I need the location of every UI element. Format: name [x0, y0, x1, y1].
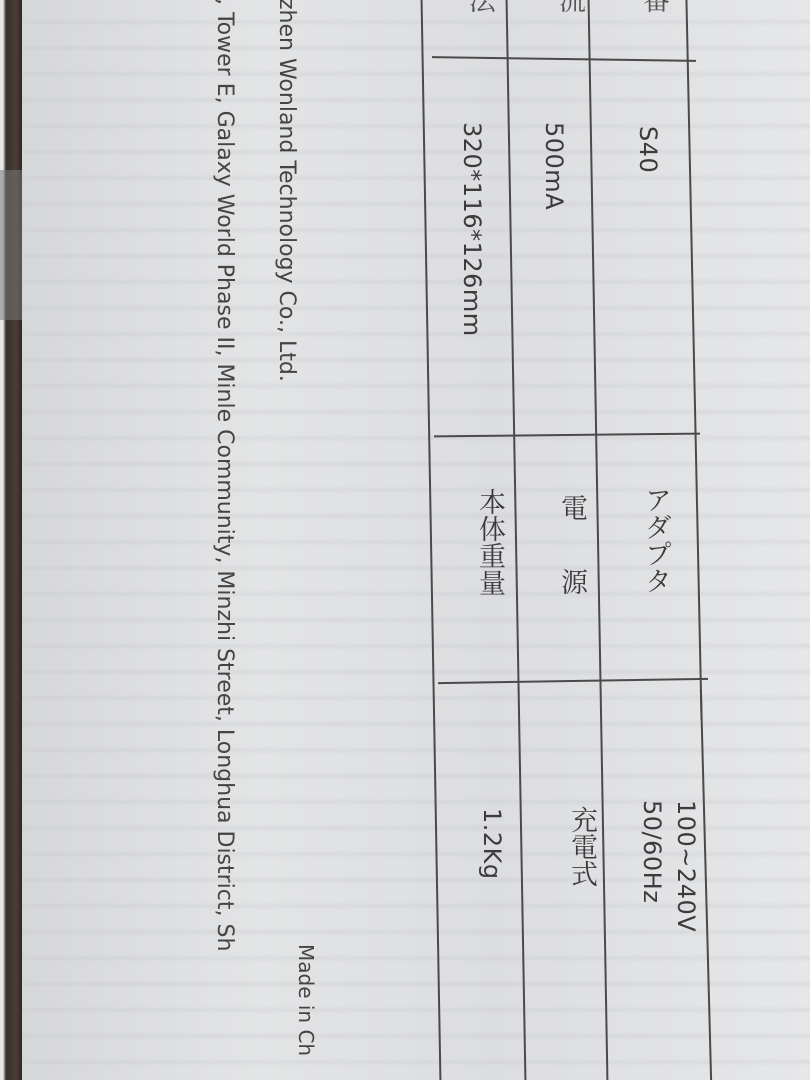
- row3-weight-value: 1.2Kg: [478, 808, 506, 880]
- company-address: , Tower E, Galaxy World Phase II, Minle …: [212, 0, 237, 951]
- row3-right-label: 本体重量: [470, 488, 509, 596]
- row1-model-value: S40: [634, 126, 662, 173]
- product-label: 番 S40 アダプタ 100~240V 50/60Hz 流 500mA 電 源 …: [22, 0, 810, 1080]
- company-name: zhen Wonland Technology Co., Ltd.: [274, 0, 299, 382]
- row1-right-label: アダプタ: [636, 486, 675, 594]
- frequency-value: 50/60Hz: [638, 800, 666, 903]
- row3-dimensions-value: 320*116*126mm: [458, 122, 486, 337]
- col-divider-1: [432, 56, 696, 62]
- table-border-right: [685, 0, 702, 720]
- made-in-text: Made in Ch: [294, 944, 318, 1056]
- row2-right-label: 電 源: [552, 494, 591, 605]
- table-border-left: [421, 0, 442, 1080]
- voltage-value: 100~240V: [672, 800, 700, 932]
- row3-left-label: 法: [460, 0, 499, 13]
- row2-power-type-value: 充電式: [562, 806, 601, 887]
- row2-left-label: 流: [550, 0, 589, 13]
- row1-left-label: 番: [634, 0, 673, 13]
- box-edge: [0, 0, 22, 1080]
- col-divider-3: [438, 678, 708, 684]
- row2-current-value: 500mA: [540, 122, 568, 210]
- row1-right-value: 100~240V 50/60Hz: [632, 800, 702, 940]
- packing-tape: [0, 170, 24, 320]
- col-divider-2: [434, 433, 700, 438]
